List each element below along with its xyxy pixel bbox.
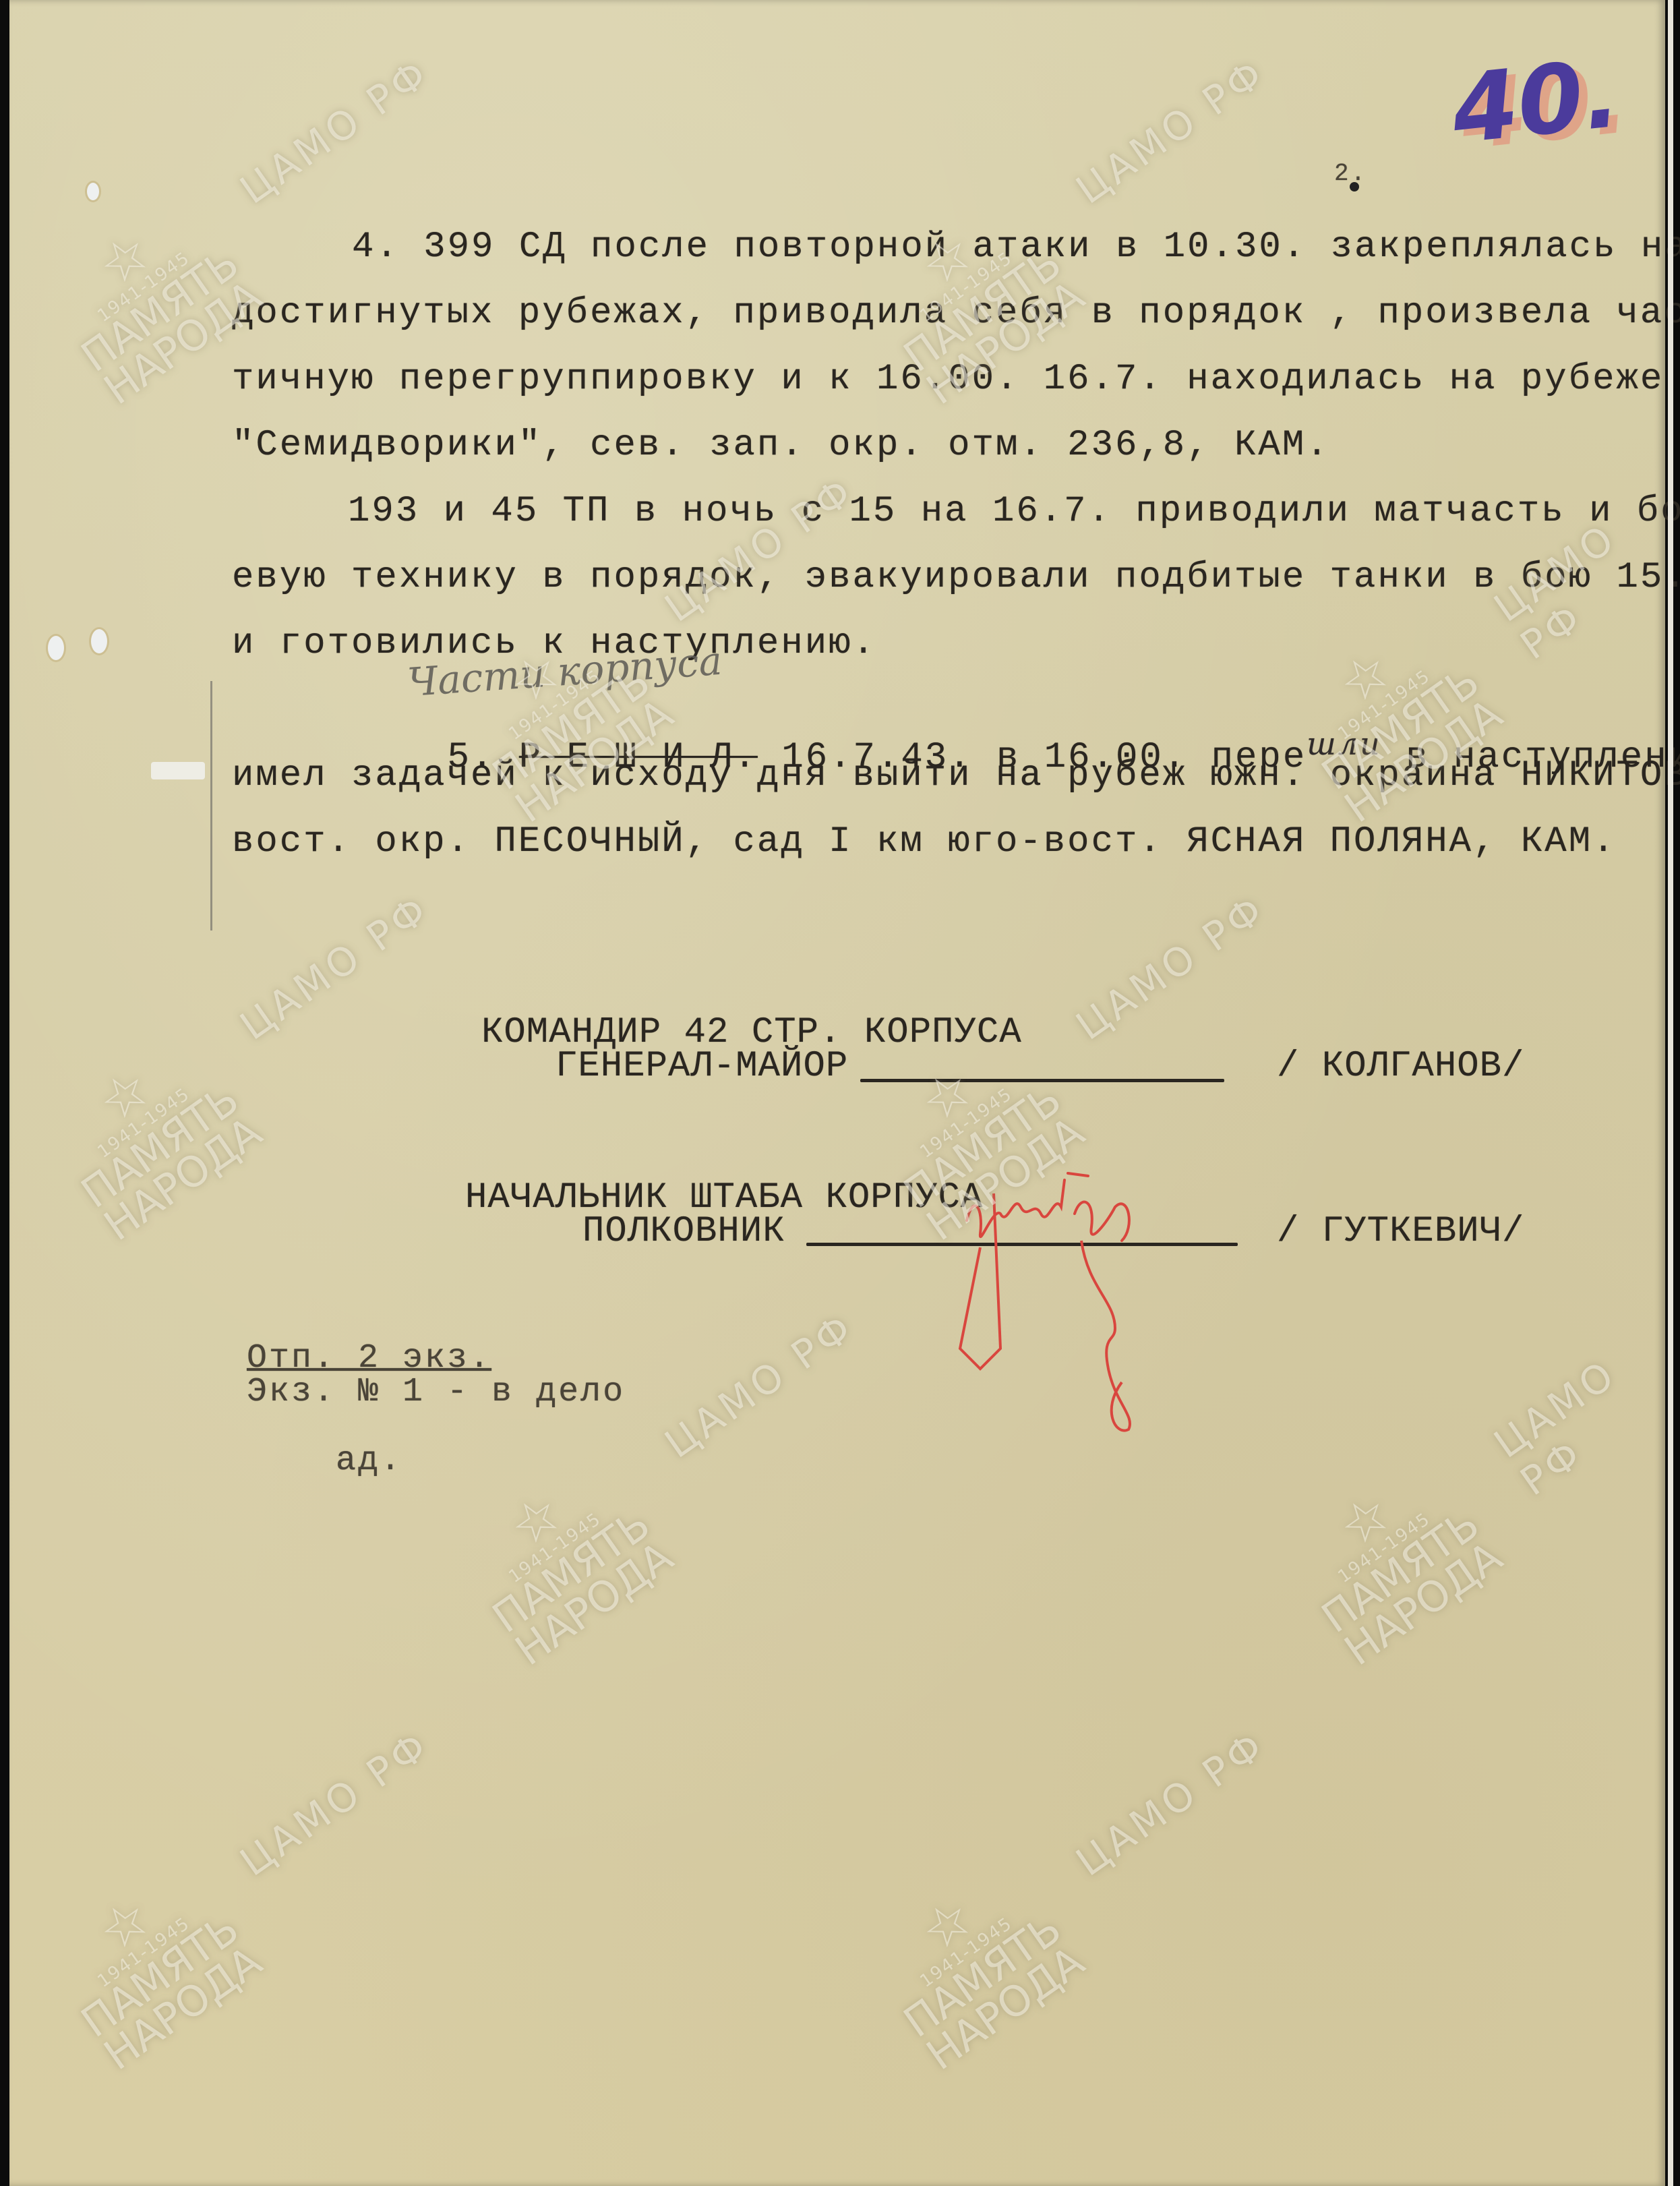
watermark-camo: ЦАМО РФ [232,1721,438,1885]
star-icon: ☆ [1277,1448,1453,1593]
watermark-pamyat-naroda: ☆ 1941-1945 ПАМЯТЬ НАРОДА [1277,1448,1508,1672]
watermark-pamyat-naroda: ☆ 1941-1945 ПАМЯТЬ НАРОДА [859,1852,1090,2076]
watermark-camo: ЦАМО РФ [232,49,438,213]
red-signature [953,1166,1236,1436]
p4-line-2: достигнутых рубежах, приводила себя в по… [232,295,1680,332]
copies-note: Отп. 2 экз. [247,1342,491,1376]
p5-line-2: имел задачей к исходу дня выйти на рубеж… [232,758,1680,794]
p5-line-3: вост. окр. ПЕСОЧНЫЙ, сад I км юго-вост. … [232,824,1617,860]
star-icon: ☆ [36,1023,213,1168]
chief-of-staff-name: / ГУТКЕВИЧ/ [1277,1214,1524,1250]
watermark-camo: ЦАМО РФ [1486,1326,1680,1504]
commander-rank: ГЕНЕРАЛ-МАЙОР [556,1048,848,1085]
commander-signature-line [860,1079,1224,1082]
p4-line-3: тичную перегруппировку и к 16.00. 16.7. … [232,361,1664,398]
watermark-camo: ЦАМО РФ [657,1303,863,1467]
copy-1-note: Экз. № 1 - в дело [247,1376,625,1409]
star-icon: ☆ [36,1852,213,1997]
page-number-handwritten: 40. [1447,38,1625,165]
watermark-camo: ЦАМО РФ [1068,1721,1274,1885]
watermark-pamyat-naroda: ☆ 1941-1945 ПАМЯТЬ НАРОДА [448,1448,679,1672]
watermark-pamyat-naroda: ☆ 1941-1945 ПАМЯТЬ НАРОДА [36,1852,268,2076]
p4-line-4: "Семидворики", сев. зап. окр. отм. 236,8… [232,427,1330,464]
p4-line-1: 4. 399 СД после повторной атаки в 10.30.… [352,229,1680,266]
watermark-camo: ЦАМО РФ [232,885,438,1049]
chief-of-staff-rank: ПОЛКОВНИК [582,1214,785,1250]
paper-edge [1668,0,1673,2186]
punch-hole [89,627,109,655]
tape-strip [151,762,205,779]
ink-dot [1350,182,1359,191]
commander-name: / КОЛГАНОВ/ [1277,1048,1524,1085]
typist-initials: ад. [336,1444,402,1478]
punch-hole [46,634,66,662]
p4b-line-2: евую технику в порядок, эвакуировали под… [232,560,1680,596]
pencil-margin-line [210,681,212,930]
watermark-pamyat-naroda: ☆ 1941-1945 ПАМЯТЬ НАРОДА [36,1023,268,1247]
punch-hole [85,181,101,202]
watermark-camo: ЦАМО РФ [1068,885,1274,1049]
star-icon: ☆ [448,1448,624,1593]
star-icon: ☆ [859,1852,1036,1997]
document-page: 40. 2. 4. 399 СД после повторной атаки в… [9,0,1665,2186]
p4b-line-1: 193 и 45 ТП в ночь с 15 на 16.7. приводи… [348,494,1680,530]
star-icon: ☆ [36,187,213,332]
watermark-camo: ЦАМО РФ [1068,49,1274,213]
